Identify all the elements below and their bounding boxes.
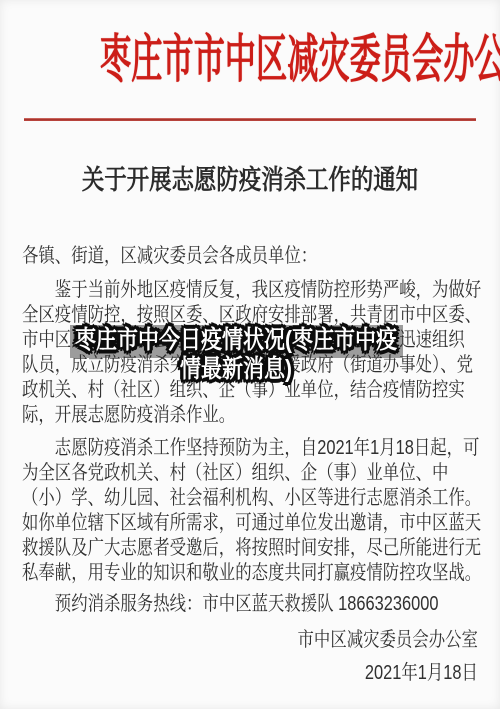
signature-org: 市中区减灾委员会办公室 — [22, 628, 478, 653]
letterhead-org-title: 枣庄市市中区减灾委员会办公室 — [100, 30, 400, 90]
salutation-line: 各镇、街道，区减灾委员会各成员单位： — [22, 244, 478, 269]
text-line: 救援队及广大志愿者受邀后，将按照时间安排，尽己所能进行无 — [22, 536, 478, 561]
watermark-caption-line1: 枣庄市中今日疫情状况(枣庄市中疫 — [26, 326, 446, 355]
text-line: 如你单位辖下区域有所需求，可通过单位发出邀请，市中区蓝天 — [22, 511, 478, 536]
text-line: （小）学、幼儿园、社会福利机构、小区等进行志愿消杀工作。 — [22, 486, 478, 511]
text-line: 鉴于当前外地区疫情反复，我区疫情防控形势严峻，为做好 — [22, 278, 478, 303]
text-line: 际，开展志愿防疫消杀作业。 — [22, 403, 478, 428]
notice-document: 枣庄市市中区减灾委员会办公室 关于开展志愿防疫消杀工作的通知 各镇、街道，区减灾… — [0, 0, 500, 709]
document-date: 2021年1月18日 — [22, 661, 478, 686]
document-body: 各镇、街道，区减灾委员会各成员单位： 鉴于当前外地区疫情反复，我区疫情防控形势严… — [22, 244, 478, 686]
watermark-caption-line2: 情最新消息) — [26, 355, 446, 384]
document-title: 关于开展志愿防疫消杀工作的通知 — [43, 165, 458, 196]
text-line: 志愿防疫消杀工作坚持预防为主，自2021年1月18日起，可 — [22, 436, 478, 461]
text-line: 为全区各党政机关、村（社区）组织、企（事）业单位、中 — [22, 461, 478, 486]
hotline-line: 预约消杀服务热线：市中区蓝天救援队 18663236000 — [22, 592, 478, 617]
paragraph-2: 志愿防疫消杀工作坚持预防为主，自2021年1月18日起，可为全区各党政机关、村（… — [22, 436, 478, 586]
red-divider-line — [24, 118, 476, 121]
text-line: 私奉献，用专业的知识和敬业的态度共同打赢疫情防控攻坚战。 — [22, 561, 478, 586]
watermark-caption: 枣庄市中今日疫情状况(枣庄市中疫 情最新消息) — [26, 326, 446, 384]
